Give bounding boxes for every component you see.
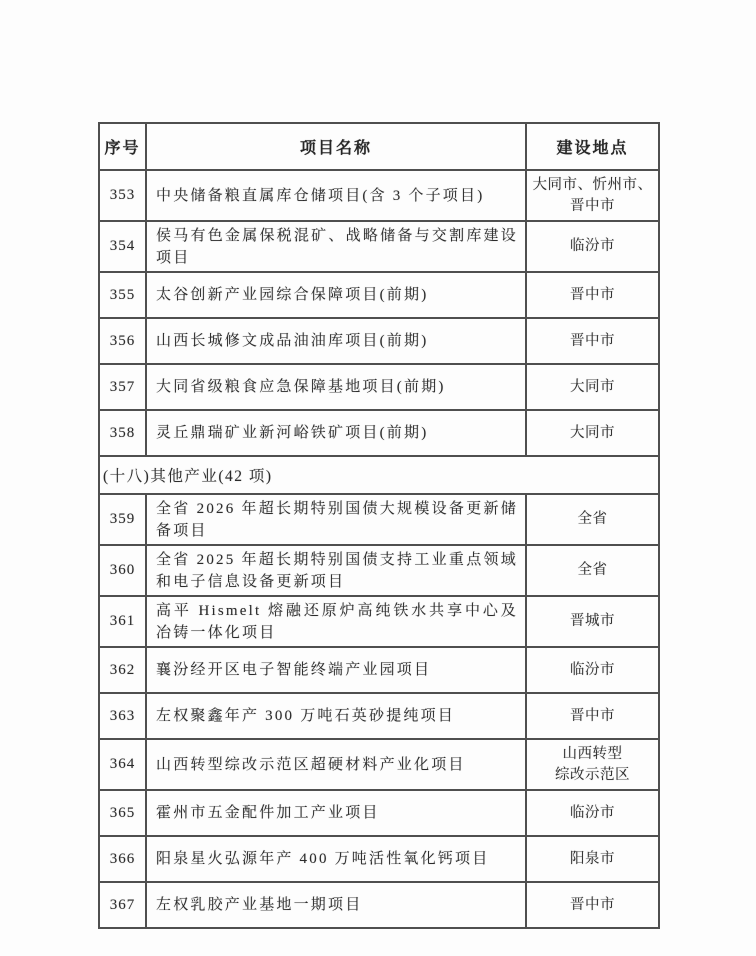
location-cell: 大同市、忻州市、 晋中市 [526,170,659,221]
table-row: 364 山西转型综改示范区超硬材料产业化项目 山西转型 综改示范区 [99,739,659,790]
location-cell: 晋中市 [526,272,659,318]
project-name-cell: 大同省级粮食应急保障基地项目(前期) [146,364,526,410]
table-row: 353 中央储备粮直属库仓储项目(含 3 个子项目) 大同市、忻州市、 晋中市 [99,170,659,221]
location-cell: 临汾市 [526,221,659,272]
row-number-cell: 361 [99,596,146,647]
column-header-serial: 序号 [99,123,146,170]
table-row: 354 侯马有色金属保税混矿、战略储备与交割库建设项目 临汾市 [99,221,659,272]
row-number-cell: 355 [99,272,146,318]
row-number-cell: 364 [99,739,146,790]
table-row: 357 大同省级粮食应急保障基地项目(前期) 大同市 [99,364,659,410]
row-number-cell: 365 [99,790,146,836]
row-number-cell: 357 [99,364,146,410]
row-number-cell: 360 [99,545,146,596]
project-name-cell: 高平 Hismelt 熔融还原炉高纯铁水共享中心及冶铸一体化项目 [146,596,526,647]
table-row: 355 太谷创新产业园综合保障项目(前期) 晋中市 [99,272,659,318]
location-cell: 全省 [526,545,659,596]
table-row: 362 襄汾经开区电子智能终端产业园项目 临汾市 [99,647,659,693]
project-name-cell: 山西长城修文成品油油库项目(前期) [146,318,526,364]
table-row: 356 山西长城修文成品油油库项目(前期) 晋中市 [99,318,659,364]
location-cell: 大同市 [526,410,659,456]
project-name-cell: 中央储备粮直属库仓储项目(含 3 个子项目) [146,170,526,221]
location-cell: 晋中市 [526,693,659,739]
location-cell: 晋中市 [526,882,659,928]
project-name-cell: 灵丘鼎瑞矿业新河峪铁矿项目(前期) [146,410,526,456]
section-label: (十八)其他产业(42 项) [99,456,659,494]
project-name-cell: 全省 2026 年超长期特别国债大规模设备更新储备项目 [146,494,526,545]
table-row: 358 灵丘鼎瑞矿业新河峪铁矿项目(前期) 大同市 [99,410,659,456]
project-name-cell: 左权聚鑫年产 300 万吨石英砂提纯项目 [146,693,526,739]
location-cell: 晋城市 [526,596,659,647]
project-name-cell: 襄汾经开区电子智能终端产业园项目 [146,647,526,693]
table-row: 363 左权聚鑫年产 300 万吨石英砂提纯项目 晋中市 [99,693,659,739]
project-name-cell: 阳泉星火弘源年产 400 万吨活性氧化钙项目 [146,836,526,882]
project-name-cell: 侯马有色金属保税混矿、战略储备与交割库建设项目 [146,221,526,272]
row-number-cell: 363 [99,693,146,739]
location-cell: 临汾市 [526,790,659,836]
project-name-cell: 霍州市五金配件加工产业项目 [146,790,526,836]
location-cell: 阳泉市 [526,836,659,882]
project-name-cell: 左权乳胶产业基地一期项目 [146,882,526,928]
column-header-location: 建设地点 [526,123,659,170]
projects-table: 序号 项目名称 建设地点 353 中央储备粮直属库仓储项目(含 3 个子项目) … [98,122,660,929]
row-number-cell: 358 [99,410,146,456]
row-number-cell: 367 [99,882,146,928]
row-number-cell: 356 [99,318,146,364]
row-number-cell: 362 [99,647,146,693]
table-row: 367 左权乳胶产业基地一期项目 晋中市 [99,882,659,928]
section-row: (十八)其他产业(42 项) [99,456,659,494]
row-number-cell: 353 [99,170,146,221]
table-row: 360 全省 2025 年超长期特别国债支持工业重点领域和电子信息设备更新项目 … [99,545,659,596]
table-row: 366 阳泉星火弘源年产 400 万吨活性氧化钙项目 阳泉市 [99,836,659,882]
location-cell: 全省 [526,494,659,545]
header-row: 序号 项目名称 建设地点 [99,123,659,170]
column-header-project-name: 项目名称 [146,123,526,170]
project-name-cell: 太谷创新产业园综合保障项目(前期) [146,272,526,318]
table-row: 365 霍州市五金配件加工产业项目 临汾市 [99,790,659,836]
table-row: 359 全省 2026 年超长期特别国债大规模设备更新储备项目 全省 [99,494,659,545]
row-number-cell: 354 [99,221,146,272]
location-cell: 晋中市 [526,318,659,364]
location-cell: 大同市 [526,364,659,410]
location-cell: 山西转型 综改示范区 [526,739,659,790]
row-number-cell: 359 [99,494,146,545]
document-page: 序号 项目名称 建设地点 353 中央储备粮直属库仓储项目(含 3 个子项目) … [0,0,756,956]
location-cell: 临汾市 [526,647,659,693]
project-name-cell: 山西转型综改示范区超硬材料产业化项目 [146,739,526,790]
project-name-cell: 全省 2025 年超长期特别国债支持工业重点领域和电子信息设备更新项目 [146,545,526,596]
row-number-cell: 366 [99,836,146,882]
table-row: 361 高平 Hismelt 熔融还原炉高纯铁水共享中心及冶铸一体化项目 晋城市 [99,596,659,647]
